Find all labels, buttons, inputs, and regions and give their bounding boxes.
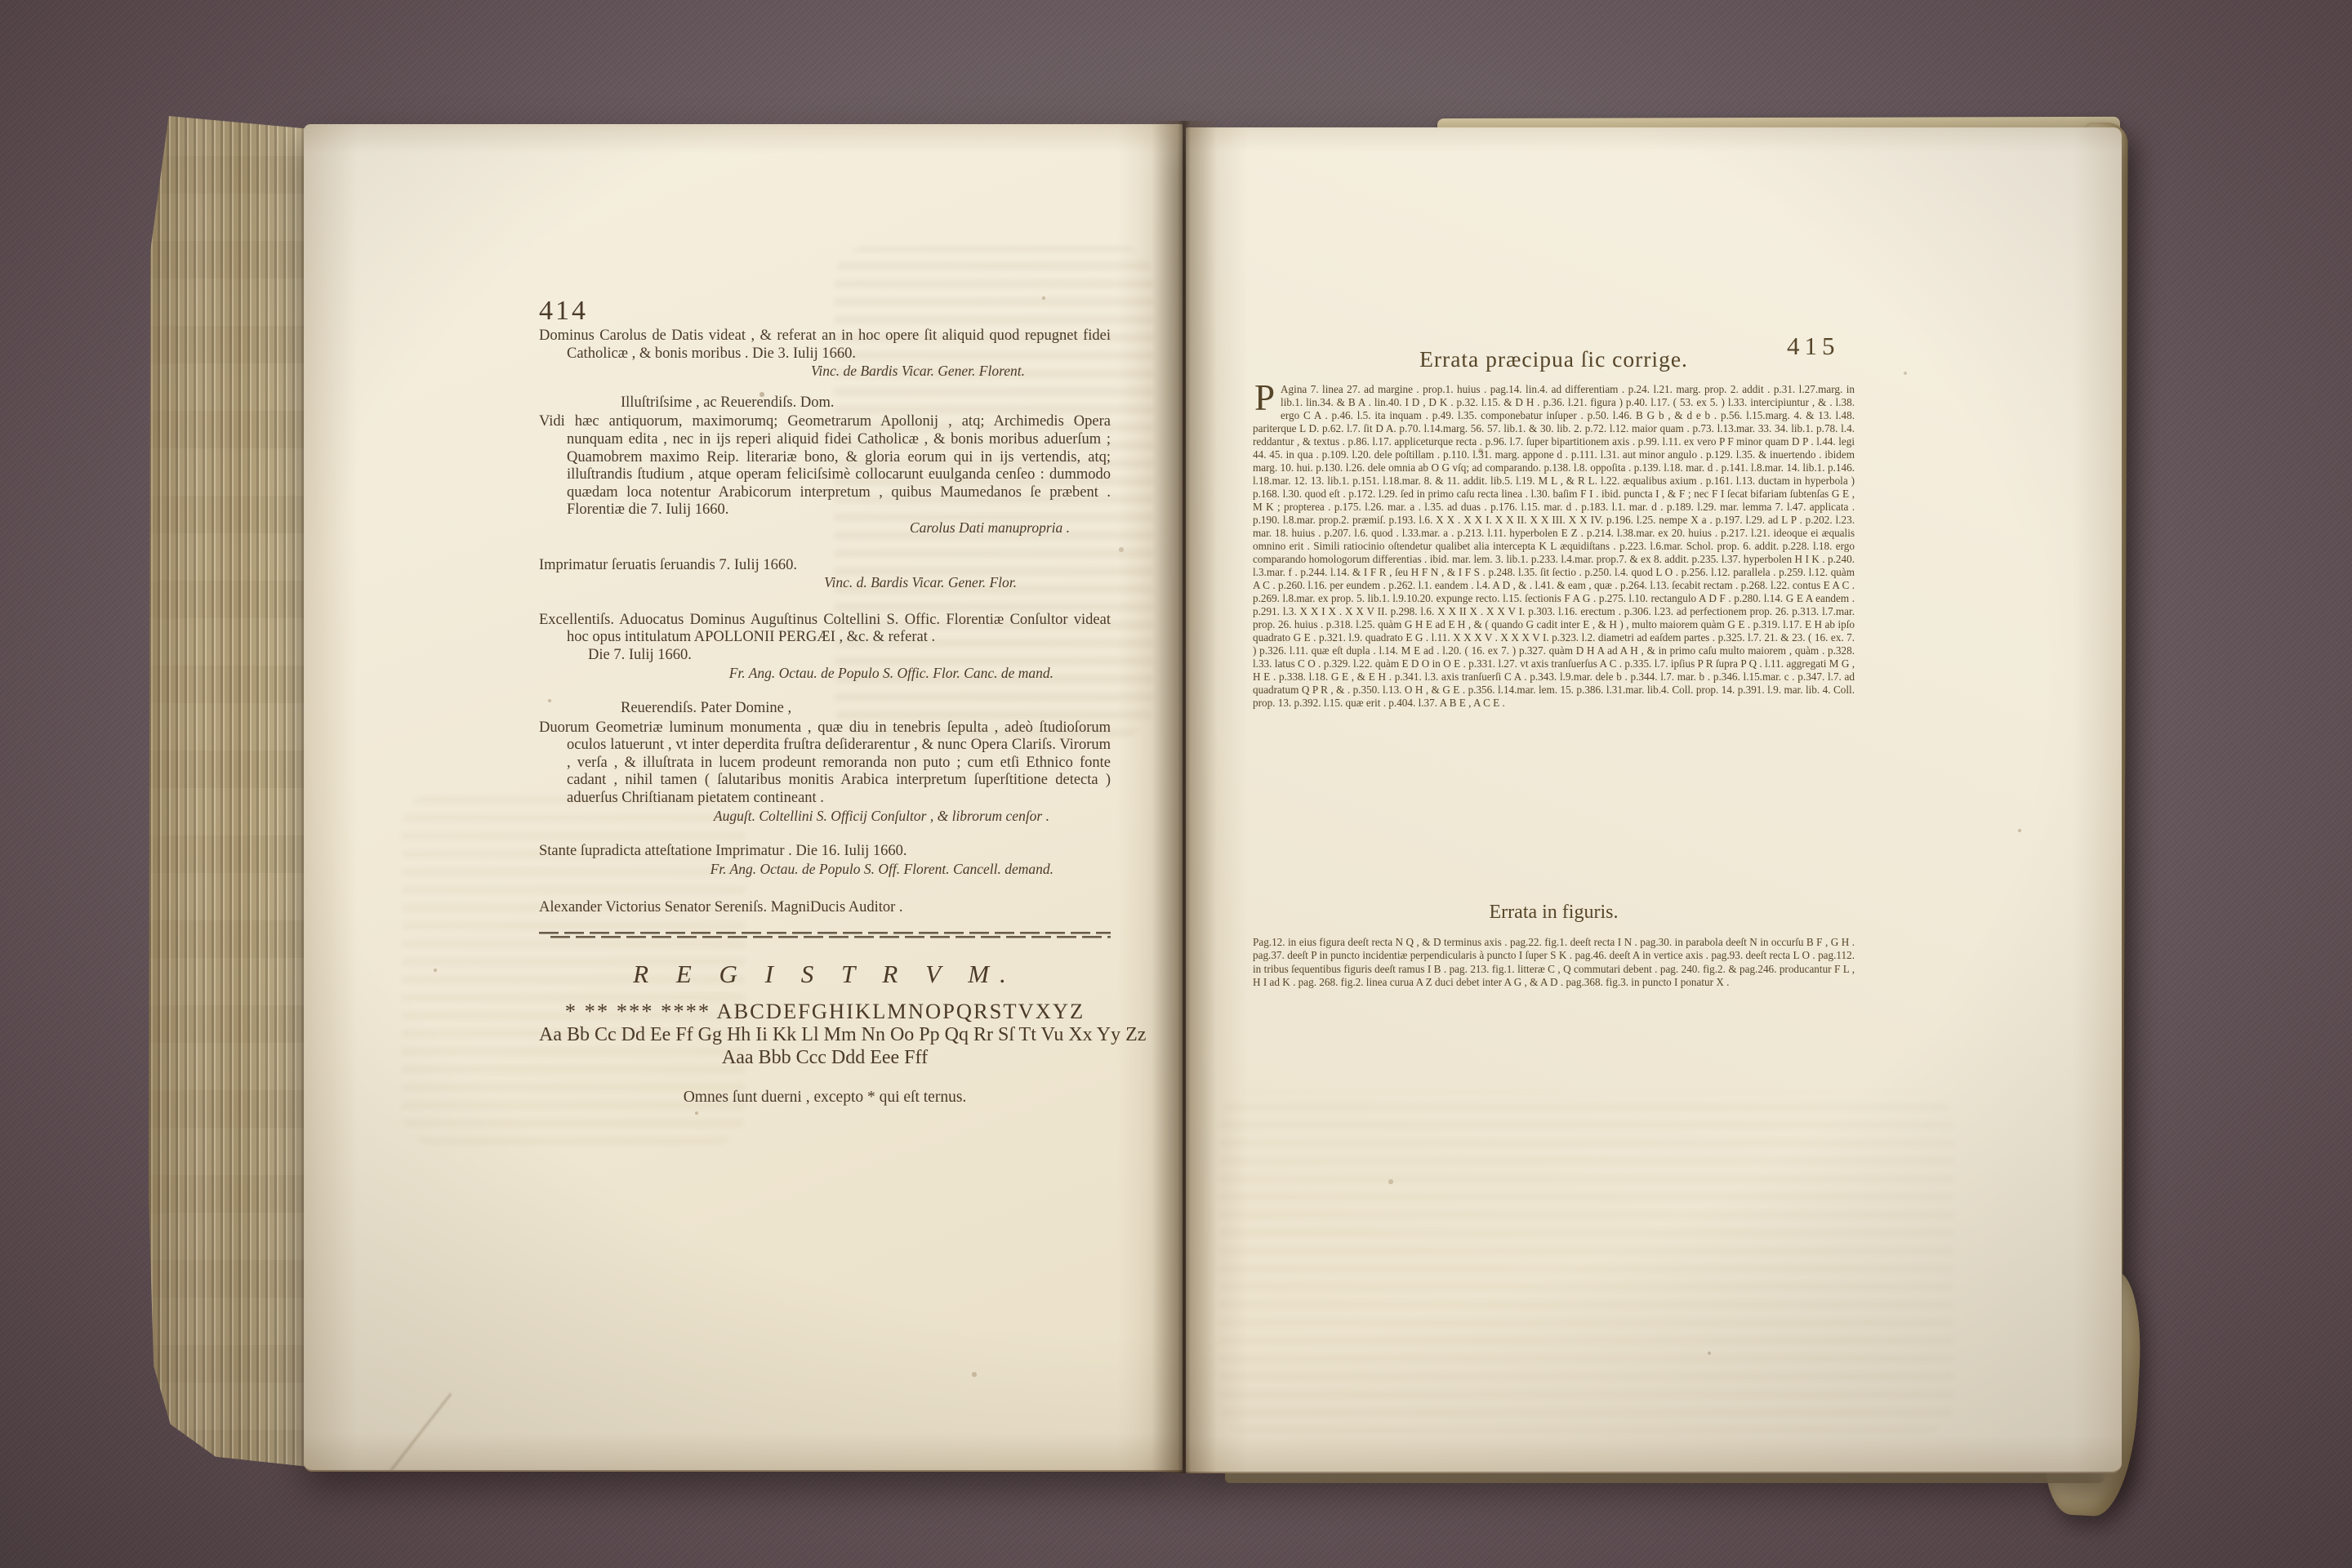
commission-body: Excellentiſs. Aduocatus Dominus Auguſtin… [539, 612, 1111, 647]
errata-body-text: Agina 7. linea 27. ad margine . prop.1. … [1253, 383, 1855, 709]
left-page-text-column: 414 Dominus Carolus de Datis videat , & … [539, 296, 1111, 1107]
right-page: 415 Errata præcipua ſic corrige. PAgina … [1186, 127, 2122, 1473]
ink-showthrough [1218, 1091, 1953, 1434]
foxing-specks [304, 124, 305, 126]
commission-date: Die 7. Iulij 1660. [539, 647, 1111, 665]
open-book: 414 Dominus Carolus de Datis videat , & … [0, 0, 2352, 1568]
commission-signature: Fr. Ang. Octau. de Populo S. Offic. Flor… [539, 665, 1111, 683]
imprimatur1-signature: Vinc. d. Bardis Vicar. Gener. Flor. [539, 574, 1111, 592]
letter1-signature: Carolus Dati manupropria . [539, 519, 1111, 537]
registrum-title: R E G I S T R V M. [539, 960, 1111, 989]
registrum-signatures-lowercase: Aa Bb Cc Dd Ee Ff Gg Hh Ii Kk Ll Mm Nn O… [539, 1023, 1111, 1046]
approbation-text: Dominus Carolus de Datis videat , & refe… [539, 327, 1111, 363]
approbation-signature: Vinc. de Bardis Vicar. Gener. Florent. [539, 363, 1111, 381]
page-number-left: 414 [539, 296, 1111, 326]
photograph: 414 Dominus Carolus de Datis videat , & … [0, 0, 2352, 1568]
drop-cap-initial: P [1253, 383, 1281, 412]
errata-title: Errata præcipua ſic corrige. [1253, 346, 1855, 372]
registrum-signatures-triple: Aaa Bbb Ccc Ddd Eee Fff [539, 1046, 1111, 1069]
letter1-salutation: Illuſtriſsime , ac Reuerendiſs. Dom. [539, 394, 1111, 412]
book-gutter-shadow [1151, 121, 1217, 1473]
letter2-salutation: Reuerendiſs. Pater Domine , [539, 700, 1111, 718]
paper-crease [335, 1392, 452, 1472]
page-stack-fore-edge [149, 116, 316, 1468]
double-rule-divider [539, 932, 1111, 938]
errata-in-figuris-paragraph: Pag.12. in eius figura deeſt recta N Q ,… [1253, 936, 1855, 990]
registrum-note: Omnes ſunt duerni , excepto * qui eſt te… [539, 1089, 1111, 1107]
errata-in-figuris-title: Errata in figuris. [1253, 902, 1855, 924]
registrum-signatures-caps: * ** *** **** ABCDEFGHIKLMNOPQRSTVXYZ [539, 999, 1111, 1023]
imprimatur1-text: Imprimatur ſeruatis ſeruandis 7. Iulij 1… [539, 557, 1111, 575]
letter2-body: Duorum Geometriæ luminum monumenta , quæ… [539, 719, 1111, 808]
errata-paragraph: PAgina 7. linea 27. ad margine . prop.1.… [1253, 383, 1855, 710]
imprimatur2-signature: Fr. Ang. Octau. de Populo S. Off. Floren… [539, 861, 1111, 879]
letter1-body: Vidi hæc antiquorum, maximorumq; Geometr… [539, 413, 1111, 519]
imprimatur2-text: Stante ſupradicta atteſtatione Imprimatu… [539, 843, 1111, 861]
auditor-line: Alexander Victorius Senator Sereniſs. Ma… [539, 899, 1111, 917]
letter2-signature: Auguſt. Coltellini S. Officij Conſultor … [539, 808, 1111, 826]
left-page: 414 Dominus Carolus de Datis videat , & … [304, 124, 1183, 1472]
